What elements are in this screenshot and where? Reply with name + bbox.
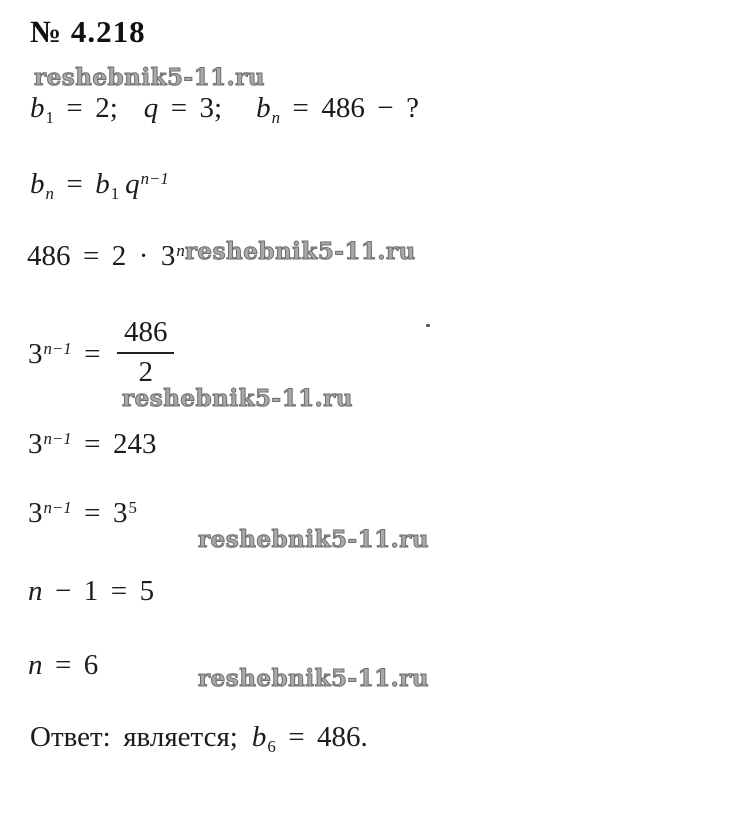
math-variable: b xyxy=(30,168,45,200)
fraction: 4862 xyxy=(117,316,175,389)
watermark-inline: reshebnik5-11.ru xyxy=(185,238,416,265)
scanned-solution-page: № 4.218 reshebnik5-11.ru b1 = 2;q = 3;bn… xyxy=(0,0,750,819)
math-text: = 243 xyxy=(72,428,157,460)
math-text: = xyxy=(54,168,95,200)
math-text: 3 xyxy=(28,428,43,460)
formula-substituted-row: 486 = 2 · 3n reshebnik5-11.ru xyxy=(27,240,416,273)
formula-fraction-step: 3n−1 = 4862 xyxy=(28,320,174,393)
fraction-den: 2 xyxy=(117,354,175,389)
math-variable: b xyxy=(252,721,267,753)
math-text: 5 xyxy=(128,498,136,517)
math-text: 3 xyxy=(28,338,43,370)
formula-substituted: 486 = 2 · 3n xyxy=(27,240,185,273)
math-text: = 3 xyxy=(72,497,128,529)
math-variable: n xyxy=(28,575,43,607)
math-text: = 3; xyxy=(158,92,222,124)
math-text: 1 xyxy=(111,184,119,203)
math-text: = 486. xyxy=(276,721,368,753)
formula-power-equal: 3n−1 = 35 xyxy=(28,497,137,530)
scan-artifact-dot xyxy=(426,324,430,327)
watermark-bottom: reshebnik5-11.ru xyxy=(198,665,429,692)
watermark-top: reshebnik5-11.ru xyxy=(34,64,265,91)
fraction-num: 486 xyxy=(117,316,175,354)
formula-general-term: bn = b1qn−1 xyxy=(30,168,169,201)
formula-n-minus-1: n − 1 = 5 xyxy=(28,575,154,608)
math-variable: n xyxy=(28,649,43,681)
math-text: = xyxy=(72,338,113,370)
math-text: n xyxy=(46,184,54,203)
formula-given: b1 = 2;q = 3;bn = 486 − ? xyxy=(30,92,419,125)
math-text: n−1 xyxy=(141,169,169,188)
math-variable: b xyxy=(95,168,110,200)
math-variable: b xyxy=(256,92,271,124)
math-text: Ответ: является; xyxy=(30,721,238,753)
answer-line: Ответ: является;b6 = 486. xyxy=(30,721,368,754)
math-variable: q xyxy=(125,168,140,200)
math-text: n−1 xyxy=(44,498,72,517)
math-text: = 2; xyxy=(54,92,118,124)
formula-n-value: n = 6 xyxy=(28,649,98,682)
watermark-mid: reshebnik5-11.ru xyxy=(122,385,353,412)
watermark-lower: reshebnik5-11.ru xyxy=(198,526,429,553)
math-text: 6 xyxy=(267,737,275,756)
problem-number: № 4.218 xyxy=(30,14,146,50)
math-variable: b xyxy=(30,92,45,124)
math-variable: q xyxy=(144,92,159,124)
math-text: n xyxy=(176,241,184,260)
math-text: n−1 xyxy=(44,429,72,448)
math-text: = 6 xyxy=(43,649,99,681)
math-text: n xyxy=(272,108,280,127)
formula-power-243: 3n−1 = 243 xyxy=(28,428,156,461)
math-text: n−1 xyxy=(44,339,72,358)
math-text: = 486 − ? xyxy=(280,92,419,124)
math-text: 1 xyxy=(46,108,54,127)
math-text: − 1 = 5 xyxy=(43,575,155,607)
math-text: 3 xyxy=(28,497,43,529)
math-text: 486 = 2 · 3 xyxy=(27,240,175,272)
